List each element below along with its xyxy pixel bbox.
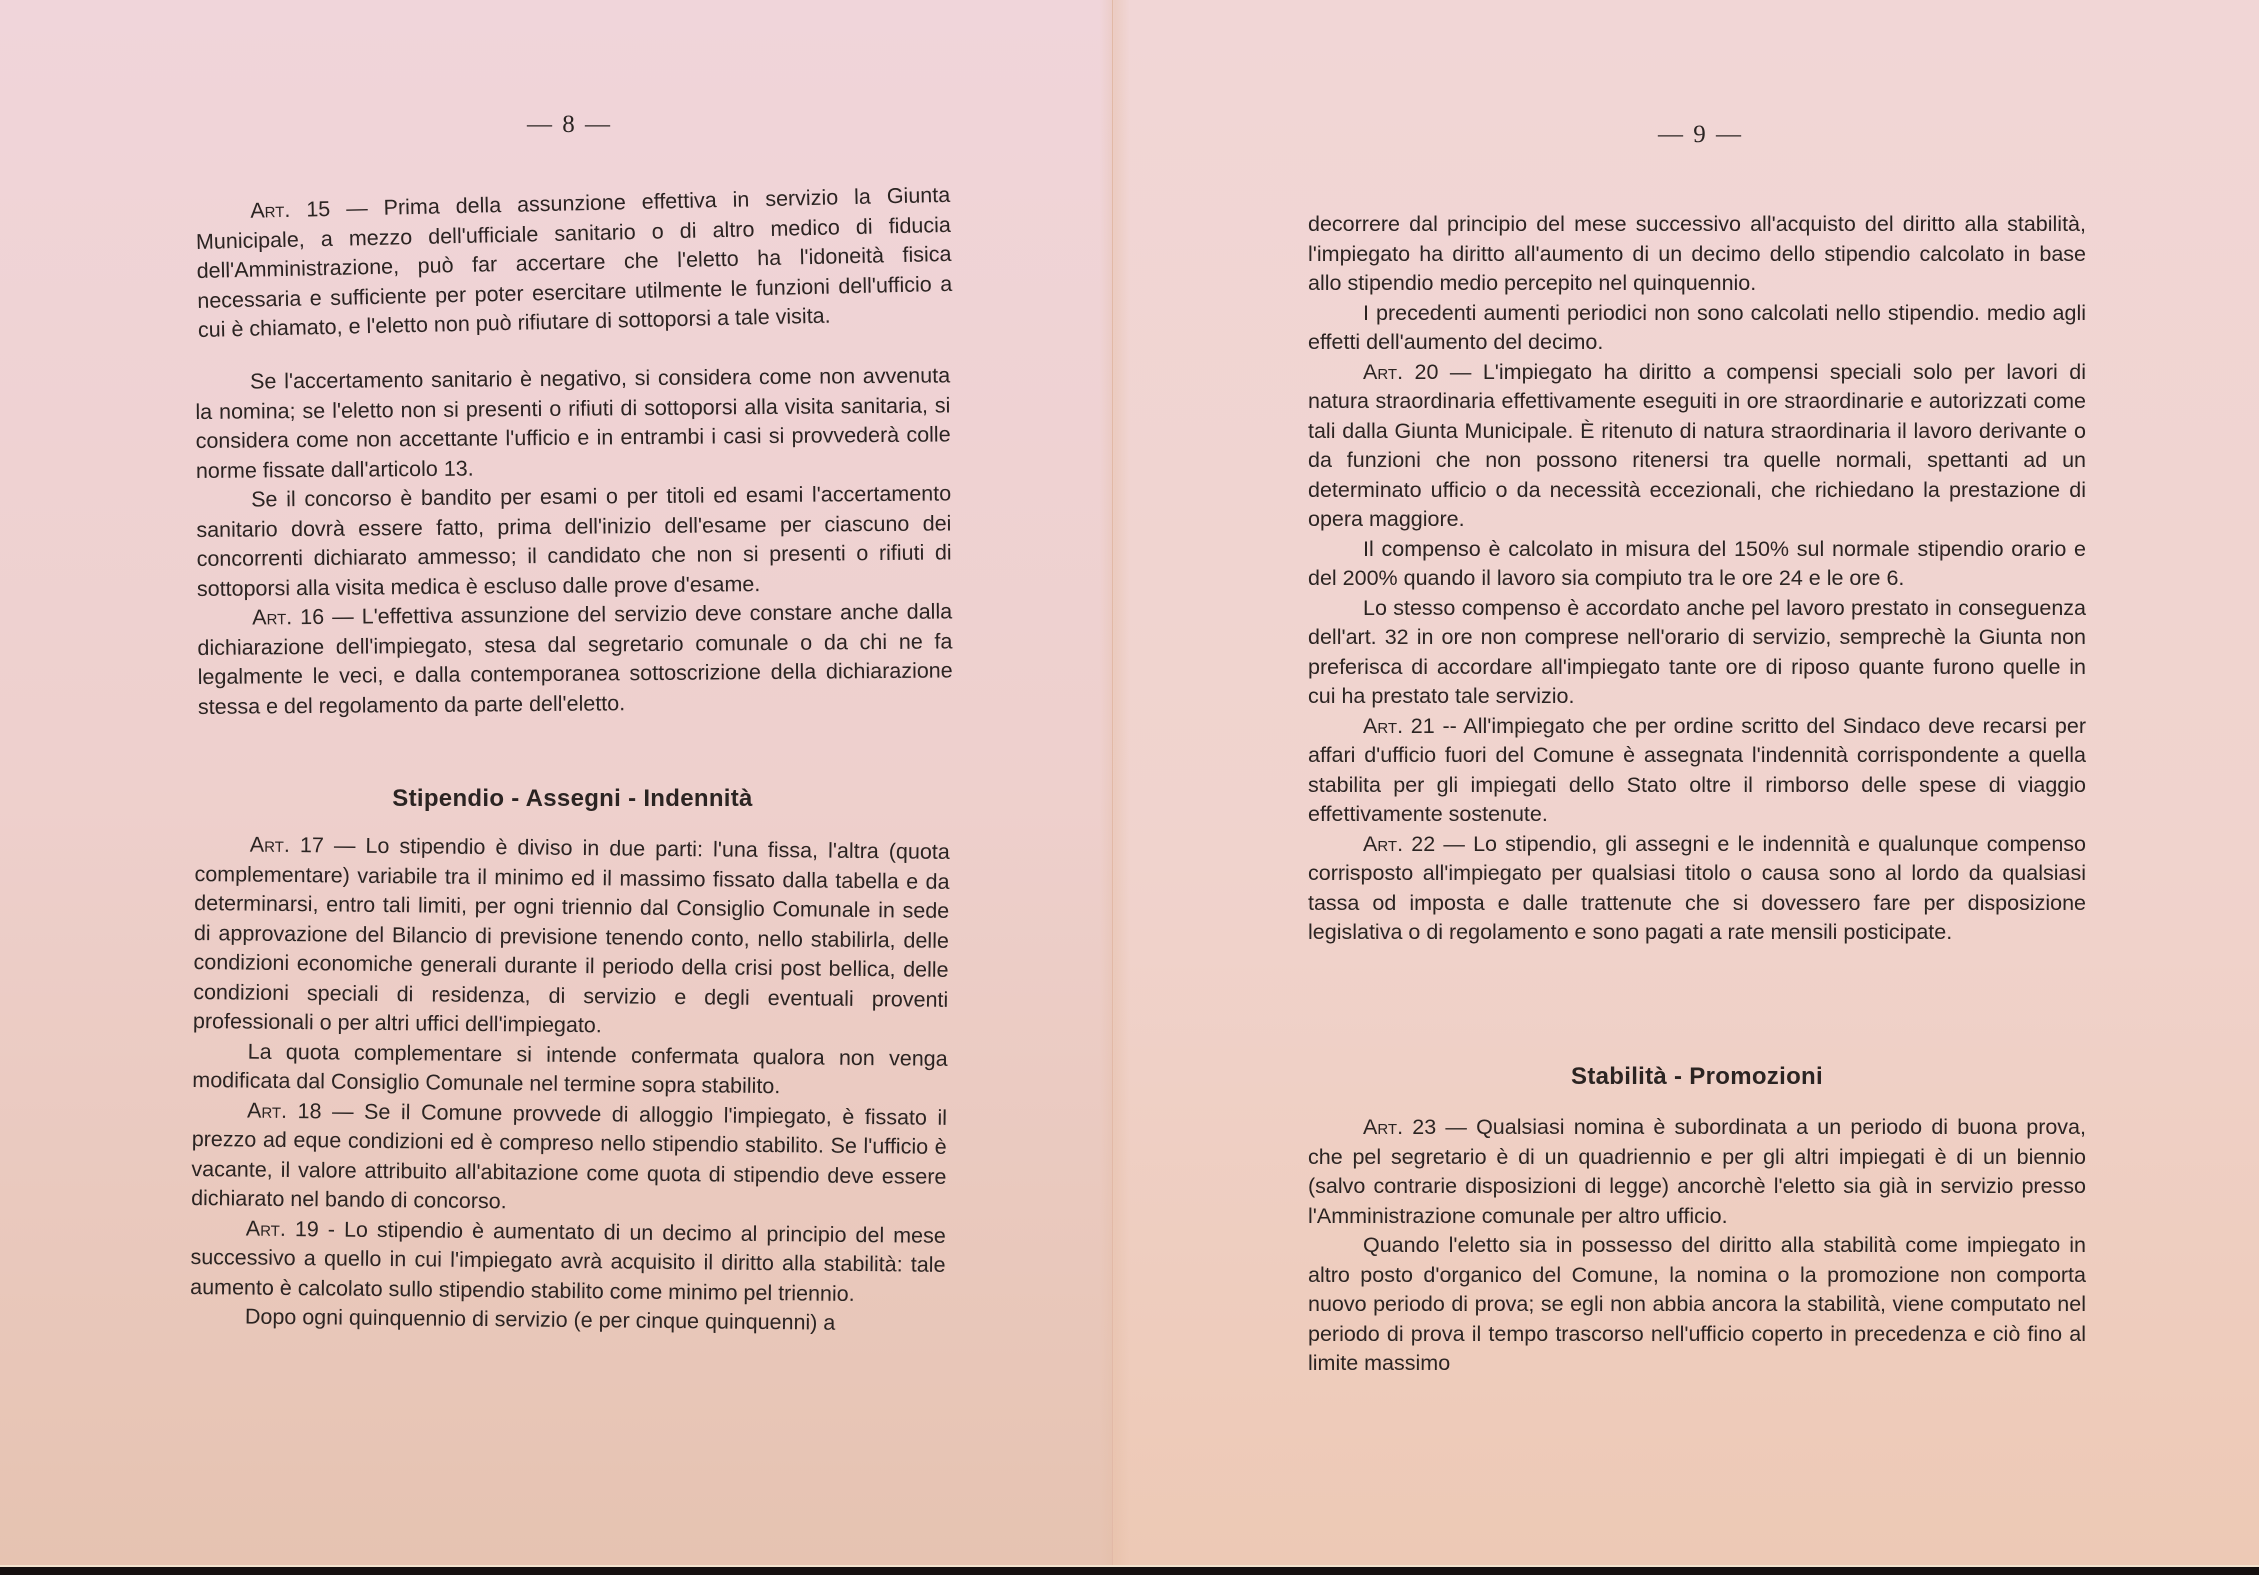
- article-label: Art. 17: [250, 833, 324, 858]
- article-paragraph: Art. 23 — Qualsiasi nomina è subordinata…: [1308, 1113, 2086, 1231]
- article-separator: —: [1435, 832, 1473, 856]
- article-paragraph: Art. 21 -- All'impiegato che per ordine …: [1308, 712, 2086, 830]
- paragraph: decorrere dal principio del mese success…: [1308, 210, 2086, 299]
- section-title: Stipendio - Assegni - Indennità: [195, 785, 950, 813]
- article-separator: -: [319, 1217, 344, 1241]
- article-separator: —: [330, 196, 384, 221]
- paragraph: La quota complementare si intende confer…: [192, 1036, 948, 1103]
- paragraph: Lo stesso compenso è accordato anche pel…: [1308, 594, 2086, 712]
- article-paragraph: Art. 17 — Lo stipendio è diviso in due p…: [193, 830, 950, 1044]
- paragraph: Se il concorso è bandito per esami o per…: [196, 479, 952, 604]
- article-paragraph: Art. 15 — Prima della assunzione effetti…: [195, 181, 953, 346]
- article-paragraph: Art. 16 — L'effettiva assunzione del ser…: [197, 597, 953, 722]
- section-title: Stabilità - Promozioni: [1308, 1063, 2086, 1091]
- right-page: — 9 — decorrere dal principio del mese s…: [1112, 0, 2259, 1565]
- body-text: Se l'accertamento sanitario è negativo, …: [195, 361, 953, 722]
- page-number: — 8 —: [527, 111, 612, 139]
- paragraph-text: Quando l'eletto sia in possesso del diri…: [1308, 1233, 2086, 1375]
- paragraph-text: Se l'accertamento sanitario è negativo, …: [195, 363, 950, 482]
- paragraph-text: Lo stesso compenso è accordato anche pel…: [1308, 596, 2086, 709]
- book-spread: — 8 — Art. 15 — Prima della assunzione e…: [0, 0, 2259, 1565]
- paragraph: I precedenti aumenti periodici non sono …: [1308, 299, 2086, 358]
- paragraph-text: I precedenti aumenti periodici non sono …: [1308, 301, 2086, 355]
- paragraph: Se l'accertamento sanitario è negativo, …: [195, 361, 951, 486]
- article-separator: --: [1435, 714, 1464, 738]
- paragraph-text: Dopo ogni quinquennio di servizio (e per…: [245, 1305, 836, 1335]
- paragraph-text: L'impiegato ha diritto a compensi specia…: [1308, 360, 2086, 532]
- article-separator: —: [1438, 360, 1482, 384]
- article-label: Art. 15: [250, 197, 330, 223]
- paragraph: Quando l'eletto sia in possesso del diri…: [1308, 1231, 2086, 1379]
- body-text: Art. 15 — Prima della assunzione effetti…: [195, 181, 953, 346]
- page-bottom-edge: [0, 1565, 2259, 1575]
- paragraph: Il compenso è calcolato in misura del 15…: [1308, 535, 2086, 594]
- article-label: Art. 23: [1363, 1115, 1436, 1139]
- page-number: — 9 —: [1658, 121, 1743, 149]
- article-paragraph: Art. 22 — Lo stipendio, gli assegni e le…: [1308, 830, 2086, 948]
- article-separator: —: [321, 1099, 364, 1123]
- article-label: Art. 19: [246, 1216, 319, 1241]
- body-text: decorrere dal principio del mese success…: [1308, 210, 2086, 948]
- article-label: Art. 16: [252, 605, 324, 630]
- paragraph-text: Il compenso è calcolato in misura del 15…: [1308, 537, 2086, 591]
- article-separator: —: [1436, 1115, 1476, 1139]
- left-page: — 8 — Art. 15 — Prima della assunzione e…: [0, 0, 1112, 1565]
- book-gutter: [1100, 0, 1130, 1565]
- article-paragraph: Art. 18 — Se il Comune provvede di allog…: [191, 1095, 947, 1221]
- article-paragraph: Art. 20 — L'impiegato ha diritto a compe…: [1308, 358, 2086, 535]
- paragraph-text: Lo stipendio è diviso in due parti: l'un…: [193, 834, 950, 1037]
- article-paragraph: Art. 19 - Lo stipendio è aumentato di un…: [190, 1213, 946, 1309]
- body-text: Art. 23 — Qualsiasi nomina è subordinata…: [1308, 1113, 2086, 1379]
- paragraph-text: La quota complementare si intende confer…: [192, 1039, 948, 1098]
- article-separator: —: [324, 605, 362, 629]
- body-text: Art. 17 — Lo stipendio è diviso in due p…: [190, 830, 950, 1339]
- article-label: Art. 21: [1363, 714, 1435, 738]
- article-separator: —: [324, 833, 366, 857]
- article-label: Art. 20: [1363, 360, 1438, 384]
- paragraph-text: Se il concorso è bandito per esami o per…: [196, 481, 951, 600]
- paragraph-text: decorrere dal principio del mese success…: [1308, 212, 2086, 295]
- article-label: Art. 18: [247, 1098, 322, 1123]
- article-label: Art. 22: [1363, 832, 1435, 856]
